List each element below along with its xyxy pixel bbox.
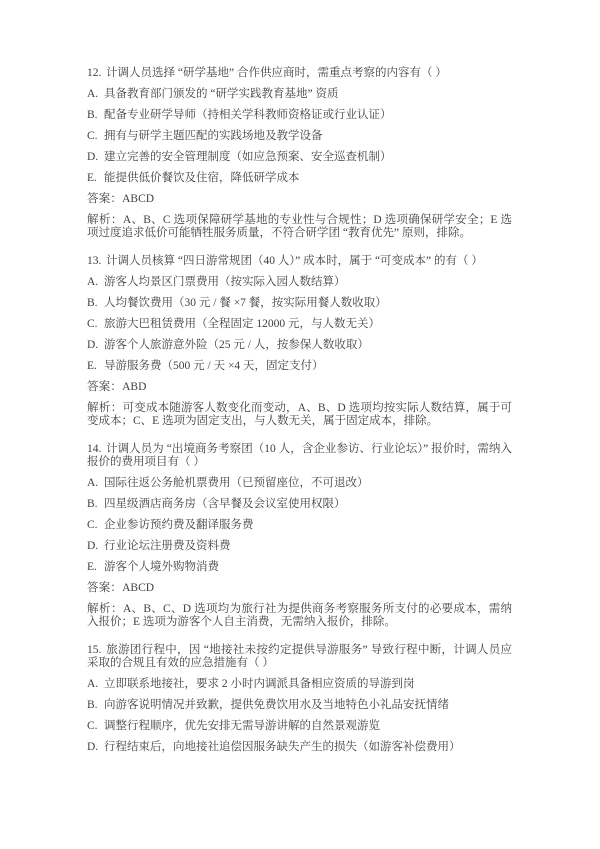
analysis-paragraph: 解析：可变成本随游客人数变化而变动，A、B、D 选项均按实际人数结算，属于可变成… <box>87 402 512 428</box>
analysis-label: 解析： <box>87 402 123 414</box>
option-line-c: C.旅游大巴租赁费用（全程固定 12000 元，与人数无关） <box>87 318 512 331</box>
option-line-b: B.向游客说明情况并致歉，提供免费饮用水及当地特色小礼品安抚情绪 <box>87 699 512 712</box>
option-line-a: A.国际往返公务舱机票费用（已预留座位，不可退改） <box>87 477 512 490</box>
option-label: D. <box>87 741 104 754</box>
option-line-a: A.游客人均景区门票费用（按实际入园人数结算） <box>87 276 512 289</box>
answer-label: 答案： <box>87 193 122 205</box>
option-label: C. <box>87 318 104 331</box>
question-number: 13. <box>87 255 106 268</box>
option-text: 向游客说明情况并致歉，提供免费饮用水及当地特色小礼品安抚情绪 <box>104 699 449 711</box>
option-text: 配备专业研学导师（持相关学科教师资格证或行业认证） <box>104 109 392 121</box>
option-label: B. <box>87 297 104 310</box>
option-text: 国际往返公务舱机票费用（已预留座位，不可退改） <box>104 477 369 489</box>
option-text: 行业论坛注册费及资料费 <box>104 540 231 552</box>
question-stem-text: 计调人员选择 “研学基地” 合作供应商时，需重点考察的内容有（ ） <box>106 67 447 79</box>
answer-line: 答案：ABCD <box>87 582 512 595</box>
option-line-c: C.拥有与研学主题匹配的实践场地及教学设备 <box>87 130 512 143</box>
question-stem: 12.计调人员选择 “研学基地” 合作供应商时，需重点考察的内容有（ ） <box>87 67 512 80</box>
answer-label: 答案： <box>87 582 122 594</box>
question-stem-text: 计调人员为 “出境商务考察团（10 人，含企业参访、行业论坛）” 报价时，需纳入… <box>87 443 512 468</box>
option-label: D. <box>87 151 104 164</box>
question-stem: 14.计调人员为 “出境商务考察团（10 人，含企业参访、行业论坛）” 报价时，… <box>87 443 512 469</box>
option-label: A. <box>87 678 104 691</box>
question-number: 12. <box>87 67 106 80</box>
option-line-b: B.人均餐饮费用（30 元 / 餐 ×7 餐，按实际用餐人数收取） <box>87 297 512 310</box>
option-line-d: D.行业论坛注册费及资料费 <box>87 540 512 553</box>
question-block-15: 15.旅游团行程中，因 “地接社未按约定提供导游服务” 导致行程中断，计调人员应… <box>87 644 512 754</box>
option-label: C. <box>87 720 104 733</box>
option-text: 行程结束后，向地接社追偿因服务缺失产生的损失（如游客补偿费用） <box>104 741 461 753</box>
question-block-13: 13.计调人员核算 “四日游常规团（40 人）” 成本时，属于 “可变成本” 的… <box>87 255 512 428</box>
option-text: 游客个人境外购物消费 <box>104 561 219 573</box>
answer-value: ABCD <box>122 193 154 205</box>
option-line-d: D.行程结束后，向地接社追偿因服务缺失产生的损失（如游客补偿费用） <box>87 741 512 754</box>
option-label: C. <box>87 130 104 143</box>
option-label: A. <box>87 276 104 289</box>
option-line-e: E.导游服务费（500 元 / 天 ×4 天，固定支付） <box>87 360 512 373</box>
analysis-text: A、B、C、D 选项均为旅行社为提供商务考察服务所支付的必要成本，需纳入报价；E… <box>87 603 512 628</box>
option-text: 调整行程顺序，优先安排无需导游讲解的自然景观游览 <box>104 720 380 732</box>
option-text: 人均餐饮费用（30 元 / 餐 ×7 餐，按实际用餐人数收取） <box>104 297 387 309</box>
option-text: 游客个人旅游意外险（25 元 / 人，按参保人数收取） <box>104 339 369 351</box>
option-label: E. <box>87 172 104 185</box>
option-line-b: B.配备专业研学导师（持相关学科教师资格证或行业认证） <box>87 109 512 122</box>
option-label: A. <box>87 88 104 101</box>
option-label: A. <box>87 477 104 490</box>
option-text: 具备教育部门颁发的 “研学实践教育基地” 资质 <box>104 88 338 100</box>
answer-value: ABD <box>122 381 146 393</box>
option-label: B. <box>87 699 104 712</box>
question-stem-text: 计调人员核算 “四日游常规团（40 人）” 成本时，属于 “可变成本” 的有（ … <box>106 255 483 267</box>
analysis-label: 解析： <box>87 214 123 226</box>
option-line-c: C.调整行程顺序，优先安排无需导游讲解的自然景观游览 <box>87 720 512 733</box>
option-text: 四星级酒店商务房（含早餐及会议室使用权限） <box>104 498 346 510</box>
option-label: E. <box>87 561 104 574</box>
option-text: 企业参访预约费及翻译服务费 <box>104 519 254 531</box>
option-label: D. <box>87 339 104 352</box>
analysis-paragraph: 解析：A、B、C、D 选项均为旅行社为提供商务考察服务所支付的必要成本，需纳入报… <box>87 603 512 629</box>
question-stem: 13.计调人员核算 “四日游常规团（40 人）” 成本时，属于 “可变成本” 的… <box>87 255 512 268</box>
option-text: 拥有与研学主题匹配的实践场地及教学设备 <box>104 130 323 142</box>
option-line-e: E.游客个人境外购物消费 <box>87 561 512 574</box>
option-text: 旅游大巴租赁费用（全程固定 12000 元，与人数无关） <box>104 318 380 330</box>
option-label: B. <box>87 109 104 122</box>
analysis-text: A、B、C 选项保障研学基地的专业性与合规性；D 选项确保研学安全；E 选项过度… <box>87 214 512 239</box>
option-text: 导游服务费（500 元 / 天 ×4 天，固定支付） <box>104 360 324 372</box>
analysis-text: 可变成本随游客人数变化而变动，A、B、D 选项均按实际人数结算，属于可变成本；C… <box>87 402 512 427</box>
answer-line: 答案：ABCD <box>87 193 512 206</box>
option-label: E. <box>87 360 104 373</box>
option-line-a: A.具备教育部门颁发的 “研学实践教育基地” 资质 <box>87 88 512 101</box>
question-number: 14. <box>87 443 106 456</box>
option-label: D. <box>87 540 104 553</box>
question-stem: 15.旅游团行程中，因 “地接社未按约定提供导游服务” 导致行程中断，计调人员应… <box>87 644 512 670</box>
option-line-d: D.游客个人旅游意外险（25 元 / 人，按参保人数收取） <box>87 339 512 352</box>
option-line-b: B.四星级酒店商务房（含早餐及会议室使用权限） <box>87 498 512 511</box>
option-text: 建立完善的安全管理制度（如应急预案、安全巡查机制） <box>104 151 392 163</box>
answer-line: 答案：ABD <box>87 381 512 394</box>
option-line-e: E.能提供低价餐饮及住宿，降低研学成本 <box>87 172 512 185</box>
option-label: B. <box>87 498 104 511</box>
option-label: C. <box>87 519 104 532</box>
answer-value: ABCD <box>122 582 154 594</box>
question-block-14: 14.计调人员为 “出境商务考察团（10 人，含企业参访、行业论坛）” 报价时，… <box>87 443 512 629</box>
option-line-a: A.立即联系地接社，要求 2 小时内调派具备相应资质的导游到岗 <box>87 678 512 691</box>
option-line-c: C.企业参访预约费及翻译服务费 <box>87 519 512 532</box>
analysis-paragraph: 解析：A、B、C 选项保障研学基地的专业性与合规性；D 选项确保研学安全；E 选… <box>87 214 512 240</box>
option-text: 立即联系地接社，要求 2 小时内调派具备相应资质的导游到岗 <box>104 678 415 690</box>
question-number: 15. <box>87 644 106 657</box>
question-stem-text: 旅游团行程中，因 “地接社未按约定提供导游服务” 导致行程中断，计调人员应采取的… <box>87 644 512 669</box>
analysis-label: 解析： <box>87 603 123 615</box>
option-line-d: D.建立完善的安全管理制度（如应急预案、安全巡查机制） <box>87 151 512 164</box>
option-text: 能提供低价餐饮及住宿，降低研学成本 <box>104 172 300 184</box>
question-block-12: 12.计调人员选择 “研学基地” 合作供应商时，需重点考察的内容有（ ） A.具… <box>87 67 512 240</box>
answer-label: 答案： <box>87 381 122 393</box>
document-page: 12.计调人员选择 “研学基地” 合作供应商时，需重点考察的内容有（ ） A.具… <box>0 0 600 849</box>
option-text: 游客人均景区门票费用（按实际入园人数结算） <box>104 276 346 288</box>
